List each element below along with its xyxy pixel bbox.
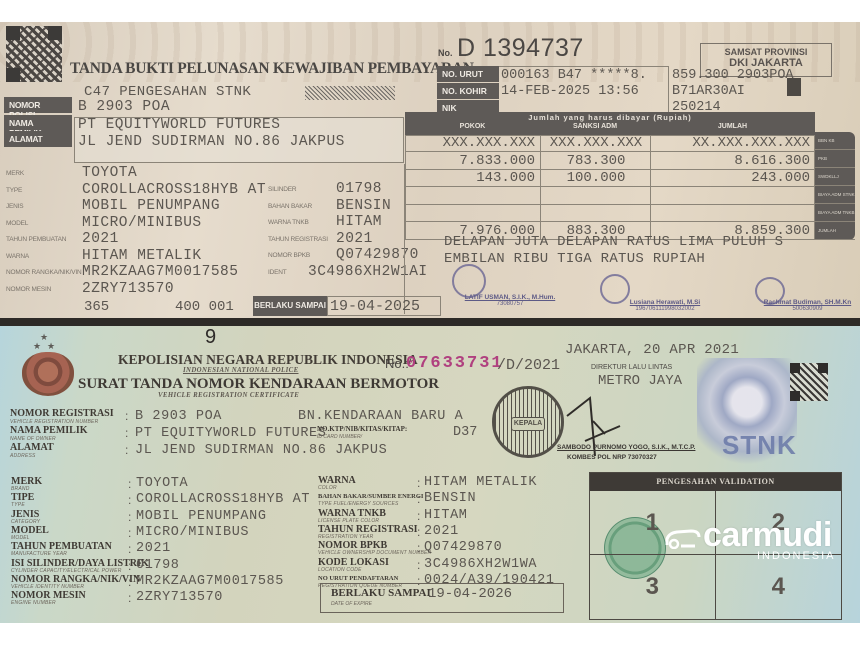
stnk-title: SURAT TANDA NOMOR KENDARAAN BERMOTOR — [78, 376, 439, 393]
colon: : — [128, 526, 131, 540]
tbpkp-doc-number: No. D 1394737 — [438, 34, 584, 63]
qr-code-icon — [6, 26, 62, 82]
sanksi-cell — [540, 188, 652, 205]
stnk-field-value: 2021 — [136, 541, 171, 556]
pokok-cell — [405, 205, 535, 222]
validation-cell-4: 4 — [716, 555, 842, 619]
barcode-icon — [305, 86, 395, 100]
stnk-field-label-en: COLOR — [318, 485, 337, 491]
payment-caption: Jumlah yang harus dibayar (Rupiah) — [405, 112, 815, 123]
stnk-field-value: MOBIL PENUMPANG — [136, 509, 267, 524]
vehicle-field-value: HITAM — [336, 214, 382, 230]
validation-cell-3: 3 — [590, 555, 716, 619]
payment-side-label: SWDKLLJ — [815, 168, 855, 186]
stnk-field-value: HITAM METALIK — [424, 475, 537, 490]
signatory-1: LATIF USMAN, S.I.K., M.Hum. 73080757 — [455, 294, 565, 307]
sanksi-cell — [540, 205, 652, 222]
terbilang-line2: EMBILAN RIBU TIGA RATUS RUPIAH — [444, 251, 705, 268]
director-title: DIREKTUR LALU LINTAS — [591, 364, 672, 371]
col-jumlah: JUMLAH — [650, 123, 815, 130]
colon: : — [128, 559, 131, 573]
vehicle-field-value: Q07429870 — [336, 247, 419, 263]
label-alamat: ALAMAT — [4, 131, 72, 147]
urut-extra-2: B71AR30AI — [672, 83, 745, 100]
stnk-field-label: NOMOR REGISTRASI — [10, 409, 114, 419]
valid-until-value: 19-04-2025 — [330, 298, 420, 315]
colon: : — [128, 591, 131, 605]
pokok-cell: 143.000 — [405, 170, 535, 187]
stnk-field-label-en: ENGINE NUMBER — [11, 600, 56, 606]
vehicle-field-label: BAHAN BAKAR — [268, 203, 312, 210]
payment-row — [405, 205, 815, 222]
vehicle-field-label: WARNA — [6, 253, 29, 260]
payment-row: 7.833.000783.3008.616.300 — [405, 153, 815, 170]
serial-number: 07633731 — [406, 354, 504, 373]
handwritten-sheet-mark: 9 — [205, 326, 216, 349]
pokok-cell: 7.833.000 — [405, 153, 535, 170]
watermark-region: INDONESIA — [757, 550, 836, 562]
label-nomor-polisi: NOMOR POLISI — [4, 97, 72, 113]
stnk-field-value: TOYOTA — [136, 476, 188, 491]
signatory-3: Rachmat Budiman, SH.M.Kn 500630909 — [755, 299, 860, 312]
vehicle-field-value: BENSIN — [336, 198, 391, 214]
vehicle-field-value: 2021 — [82, 231, 119, 247]
stnk-field-label-en: TYPE FUEL/ENERGY SOURCES — [318, 501, 399, 507]
stnk-title-en: VEHICLE REGISTRATION CERTIFICATE — [158, 392, 299, 399]
id-label: NO.KTP/NIB/KITAS/KITAP: — [317, 425, 407, 433]
vehicle-field-value: MR2KZAAG7M0017585 — [82, 264, 238, 280]
star-icon: ★ — [47, 341, 55, 352]
stnk-field-value: PT EQUITYWORLD FUTURES — [135, 426, 326, 441]
star-icon: ★ — [33, 341, 41, 352]
stnk-valid-until-label: BERLAKU SAMPAI — [331, 587, 431, 599]
kepala-stamp-icon: KEPALA — [492, 386, 564, 458]
colon: : — [128, 493, 131, 507]
stnk-field-label: ALAMAT — [10, 443, 54, 453]
serial-suffix: /D/2021 — [497, 357, 560, 374]
page-divider — [0, 318, 860, 326]
stnk-field-value: JL JEND SUDIRMAN NO.86 JAKPUS — [135, 443, 387, 458]
vehicle-field-label: IDENT — [268, 269, 287, 276]
ownership-number-icon — [787, 78, 801, 96]
no-kohir-value: 14-FEB-2025 13:56 — [501, 83, 639, 100]
vehicle-field-value: TOYOTA — [82, 165, 137, 181]
tbpkp-document: TANDA BUKTI PELUNASAN KEWAJIBAN PEMBAYAR… — [0, 22, 860, 320]
stnk-field-value: 2ZRY713570 — [136, 590, 223, 605]
stnk-field-label-en: BRAND — [11, 486, 30, 492]
vehicle-field-value: MOBIL PENUMPANG — [82, 198, 220, 214]
berlaku-sampai-label: BERLAKU SAMPAI — [253, 296, 327, 316]
vehicle-field-label: MODEL — [6, 220, 28, 227]
col-sanksi: SANKSI ADM — [540, 123, 650, 130]
alamat-value: JL JEND SUDIRMAN NO.86 JAKPUS — [78, 134, 345, 150]
colon: : — [125, 426, 128, 440]
vehicle-field-label: TAHUN REGISTRASI — [268, 236, 328, 243]
colon: : — [128, 510, 131, 524]
vehicle-field-label: JENIS — [6, 203, 23, 210]
stnk-field-value: MICRO/MINIBUS — [136, 525, 249, 540]
stnk-field-label-en: MANUFACTURE YEAR — [11, 551, 67, 557]
label-no-kohir: NO. KOHIR — [437, 83, 499, 99]
payment-row — [405, 188, 815, 205]
vehicle-field-label: WARNA TNKB — [268, 219, 309, 226]
payment-side-label: BIAYA ADM STNK — [815, 186, 855, 204]
polri-emblem-icon — [22, 352, 74, 396]
stnk-field-label-en: VEHICLE IDENTITY NUMBER — [11, 584, 84, 590]
stnk-field-label-en: CATEGORY — [11, 519, 40, 525]
stnk-field-value: 3C4986XH2W1WA — [424, 557, 537, 572]
vehicle-field-label: NOMOR BPKB — [268, 252, 310, 259]
jumlah-cell — [650, 188, 810, 205]
colon: : — [417, 492, 420, 506]
jumlah-cell: 243.000 — [650, 170, 810, 187]
jumlah-cell: 8.616.300 — [650, 153, 810, 170]
vertical-divider — [404, 164, 405, 314]
stnk-field-value: B 2903 POA — [135, 409, 222, 424]
footer-code-2: 400 001 — [175, 299, 234, 315]
colon: : — [417, 476, 420, 490]
footer-code-1: 365 — [84, 299, 109, 315]
payment-side-labels: BBN KBPKBSWDKLLJBIAYA ADM STNKBIAYA ADM … — [815, 132, 855, 240]
signatory-1-id: 73080757 — [455, 301, 565, 307]
payment-side-label: JUMLAH — [815, 222, 855, 240]
id-value: D37 — [453, 425, 477, 440]
stnk-signatory-rank: KOMBES POL NRP 73070327 — [567, 454, 657, 461]
stnk-field-value: 01798 — [136, 558, 180, 573]
label-nama-pemilik: NAMA PEMILIK — [4, 115, 72, 131]
no-urut-value: 000163 B47 *****8. — [501, 67, 647, 84]
doc-number-value: D 1394737 — [457, 34, 584, 62]
vehicle-field-value: 3C4986XH2W1AI — [308, 264, 428, 280]
signatory-3-name: Rachmat Budiman, SH.M.Kn — [755, 299, 860, 306]
car-outline-icon — [665, 527, 701, 549]
stnk-field-label-en: LICENSE PLATE COLOR — [318, 518, 379, 524]
vehicle-field-value: 2ZRY713570 — [82, 281, 174, 297]
colon: : — [417, 509, 420, 523]
signatory-3-id: 500630909 — [755, 306, 860, 312]
terbilang-line1: DELAPAN JUTA DELAPAN RATUS LIMA PULUH S — [444, 234, 783, 251]
signatory-2-id: 196706111998032002 — [615, 306, 715, 312]
stnk-field-label: NAMA PEMILIK — [10, 426, 88, 436]
urut-extra-1: 859.300 2903POA — [672, 67, 794, 84]
sanksi-cell: 783.300 — [540, 153, 652, 170]
colon: : — [128, 477, 131, 491]
vehicle-field-value: HITAM METALIK — [82, 248, 202, 264]
bn-note: BN.KENDARAAN BARU A — [298, 409, 463, 424]
signatory-2-name: Lusiana Herawati, M.Si — [615, 299, 715, 306]
issued-place-date: JAKARTA, 20 APR 2021 — [565, 342, 739, 358]
payment-header: Jumlah yang harus dibayar (Rupiah) POKOK… — [405, 112, 815, 135]
stnk-field-label-en: TYPE — [11, 502, 25, 508]
stamp-text: KEPALA — [511, 417, 545, 431]
vehicle-field-label: SILINDER — [268, 186, 296, 193]
id-label-en: ID CARD NUMBER/ — [317, 434, 362, 440]
payment-row: 143.000100.000243.000 — [405, 170, 815, 187]
payment-side-label: BBN KB — [815, 132, 855, 150]
vehicle-field-label: NOMOR RANGKA/NIK/VIN — [6, 269, 81, 276]
pokok-cell — [405, 188, 535, 205]
stnk-valid-until-value: 19-04-2026 — [428, 586, 512, 602]
stnk-field-value: COROLLACROSS18HYB AT — [136, 492, 310, 507]
stnk-field-label-en: MODEL — [11, 535, 30, 541]
vehicle-field-label: TYPE — [6, 187, 22, 194]
vehicle-field-value: 2021 — [336, 231, 373, 247]
sanksi-cell: XXX.XXX.XXX — [540, 135, 652, 152]
doc-number-prefix: No. — [438, 48, 453, 58]
pokok-cell: XXX.XXX.XXX — [405, 135, 535, 152]
stnk-field-label-en: LOCATION CODE — [318, 567, 362, 573]
colon: : — [125, 443, 128, 457]
nama-pemilik-value: PT EQUITYWORLD FUTURES — [78, 117, 280, 133]
vehicle-field-label: NOMOR MESIN — [6, 286, 51, 293]
vehicle-field-value: COROLLACROSS18HYB AT — [82, 182, 266, 198]
police-stamp-icon — [452, 264, 486, 298]
stnk-field-value: MR2KZAAG7M0017585 — [136, 574, 284, 589]
colon: : — [128, 542, 131, 556]
tbpkp-subtitle: C47 PENGESAHAN STNK — [84, 84, 251, 100]
stnk-valid-until-label-en: DATE OF EXPIRE — [331, 601, 372, 607]
stnk-field-label-en: CYLINDER CAPACITY/ELECTRICAL POWER — [11, 568, 122, 574]
vehicle-field-label: TAHUN PEMBUATAN — [6, 236, 66, 243]
stnk-document: ★ ★ ★ 9 KEPOLISIAN NEGARA REPUBLIK INDON… — [0, 326, 860, 623]
stnk-field-value: BENSIN — [424, 491, 476, 506]
payment-side-label: PKB — [815, 150, 855, 168]
stnk-field-value: 2021 — [424, 524, 459, 539]
signatory-1-name: LATIF USMAN, S.I.K., M.Hum. — [455, 294, 565, 301]
qr-code-icon — [790, 363, 828, 401]
stnk-valid-until-box: BERLAKU SAMPAI DATE OF EXPIRE 19-04-2026 — [320, 583, 564, 613]
signatory-2: Lusiana Herawati, M.Si 19670611199803200… — [615, 299, 715, 312]
tbpkp-title: TANDA BUKTI PELUNASAN KEWAJIBAN PEMBAYAR… — [70, 60, 474, 78]
validation-header: PENGESAHAN VALIDATION — [590, 473, 841, 491]
stnk-field-label-en: ADDRESS — [10, 453, 36, 459]
colon: : — [125, 409, 128, 423]
stnk-field-value: HITAM — [424, 508, 468, 523]
payment-side-label: BIAYA ADM TNKB — [815, 204, 855, 222]
stnk-issuer-en: INDONESIAN NATIONAL POLICE — [183, 367, 299, 374]
jumlah-cell: XX.XXX.XXX.XXX — [650, 135, 810, 152]
col-pokok: POKOK — [405, 123, 540, 130]
vehicle-field-value: MICRO/MINIBUS — [82, 215, 202, 231]
stnk-field-label-en: REGISTRATION YEAR — [318, 534, 373, 540]
nomor-polisi-value: B 2903 POA — [78, 99, 170, 115]
vehicle-field-value: 01798 — [336, 181, 382, 197]
stnk-field-value: Q07429870 — [424, 540, 502, 555]
colon: : — [417, 525, 420, 539]
samsat-line1: SAMSAT PROVINSI — [701, 47, 831, 57]
colon: : — [128, 575, 131, 589]
colon: : — [417, 541, 420, 555]
stnk-field-label-en: VEHICLE OWNERSHIP DOCUMENT NUMBER — [318, 550, 431, 556]
stnk-issuer: KEPOLISIAN NEGARA REPUBLIK INDONESIA — [118, 352, 418, 368]
vehicle-field-label: MERK — [6, 170, 24, 177]
colon: : — [417, 558, 420, 572]
label-no-urut: NO. URUT — [437, 66, 499, 82]
jumlah-cell — [650, 205, 810, 222]
payment-row: XXX.XXX.XXXXXX.XXX.XXXXX.XXX.XXX.XXX — [405, 135, 815, 152]
stnk-signatory: SAMBODO PURNOMO YOGO, S.I.K., M.T.C.P. — [557, 444, 695, 451]
hologram-text: STNK — [722, 430, 797, 461]
sanksi-cell: 100.000 — [540, 170, 652, 187]
